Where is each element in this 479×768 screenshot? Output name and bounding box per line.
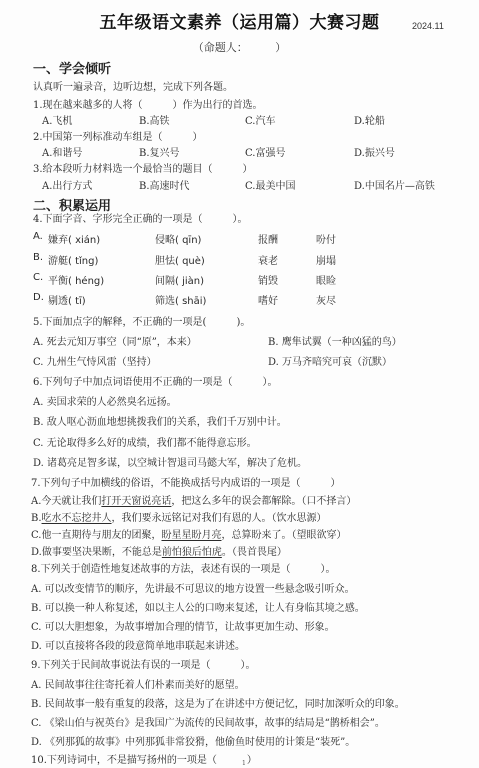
question-4-stem: 4.下面字音、字形完全正确的一项是（ ）。 bbox=[33, 210, 248, 225]
q8-option-a: A. 可以改变情节的顺序，先讲最不可思议的地方设置一些悬念吸引听众。 bbox=[31, 580, 355, 595]
q1-option-a: A.飞机 bbox=[42, 112, 72, 127]
q5-option-d: D. 万马齐喑究可哀（沉默） bbox=[268, 353, 392, 368]
q4-option-a-label: A. bbox=[33, 231, 43, 242]
question-6-stem: 6.下列句子中加点词语使用不正确的一项是（ ）。 bbox=[33, 373, 278, 388]
q9-option-a: A. 民间故事往往寄托着人们朴素而美好的愿望。 bbox=[31, 676, 245, 691]
q4-option-a-word1: 嫌弃( xián) bbox=[48, 231, 100, 246]
q6-option-a: A. 卖国求荣的人必然臭名远扬。 bbox=[33, 393, 177, 408]
q7-option-c: C.他一直期待与朋友的团聚，盼星星盼月亮，总算盼来了。（望眼欲穿） bbox=[31, 526, 346, 541]
q1-option-c: C.汽车 bbox=[245, 112, 275, 127]
q4-option-c-word3: 销毁 bbox=[258, 272, 278, 287]
q2-option-c: C.富强号 bbox=[245, 144, 285, 159]
q4-option-a-word2: 侵略( qīn) bbox=[155, 231, 201, 246]
q7-c-underlined-idiom: 盼星星盼月亮 bbox=[161, 530, 221, 541]
q1-option-d: D.轮船 bbox=[354, 112, 385, 127]
q4-option-b-word4: 崩塌 bbox=[316, 252, 336, 267]
q4-option-c-word2: 间隔( jiàn) bbox=[155, 272, 204, 287]
page-title: 五年级语文素养（运用篇）大赛习题 bbox=[0, 8, 479, 33]
q4-option-d-word2: 筛选( shāi) bbox=[155, 292, 206, 307]
q7-option-a: A.今天就让我们打开天窗说亮话，把这么多年的误会都解除。（口不择言） bbox=[31, 492, 356, 507]
question-10-stem: 10.下列诗词中，不是描写扬州的一项是（ ） bbox=[31, 751, 257, 766]
question-8-stem: 8.下列关于创造性地复述故事的方法，表述有误的一项是（ ）。 bbox=[31, 560, 336, 575]
q8-option-b: B. 可以换一种人称复述，如以主人公的口吻来复述，让人有身临其境之感。 bbox=[31, 599, 365, 614]
q4-option-c-label: C. bbox=[33, 272, 43, 283]
q4-option-d-word3: 嗜好 bbox=[258, 292, 278, 307]
q4-option-d-word4: 灰尽 bbox=[316, 292, 336, 307]
question-5-stem: 5.下面加点字的解释，不正确的一项是( )。 bbox=[33, 313, 250, 328]
q4-option-b-label: B. bbox=[33, 252, 43, 263]
q4-option-b-word1: 游艇( tǐng) bbox=[48, 252, 98, 267]
q4-option-a-word3: 报酬 bbox=[258, 231, 278, 246]
q6-option-b: B. 敌人呕心沥血地想挑拨我们的关系，我们千万别中计。 bbox=[33, 413, 287, 428]
q1-option-b: B.高铁 bbox=[139, 112, 170, 127]
q9-option-c: C. 《梁山伯与祝英台》是我国广为流传的民间故事，故事的结局是“鹊桥相会”。 bbox=[31, 714, 385, 729]
q6-option-d: D. 诸葛亮足智多谋，以空城计智退司马懿大军，解决了危机。 bbox=[33, 454, 307, 469]
q2-option-b: B.复兴号 bbox=[139, 144, 180, 159]
q7-b-suffix: ，我们要永远铭记对我们有恩的人。（饮水思源） bbox=[112, 513, 327, 524]
exam-page: 五年级语文素养（运用篇）大赛习题 2024.11 （命题人： ） 一、学会倾听 … bbox=[0, 0, 479, 768]
q7-d-suffix: 。（畏首畏尾） bbox=[222, 547, 287, 558]
question-2-stem: 2.中国第一列标准动车组是（ ） bbox=[33, 128, 203, 143]
q3-option-b: B.高速时代 bbox=[139, 177, 190, 192]
q5-option-b: B. 鹰隼试翼（一种凶猛的鸟） bbox=[268, 333, 402, 348]
q3-option-a: A.出行方式 bbox=[42, 177, 92, 192]
q3-option-d: D.中国名片—高铁 bbox=[354, 177, 435, 192]
page-number: 1 bbox=[242, 760, 246, 767]
q4-option-c-word1: 平衡( héng) bbox=[48, 272, 104, 287]
question-1-stem: 1.现在越来越多的人将（ ）作为出行的首选。 bbox=[33, 96, 263, 111]
q4-option-d-label: D. bbox=[33, 292, 44, 303]
listening-instruction: 认真听一遍录音，边听边想，完成下列各题。 bbox=[33, 78, 233, 93]
q4-option-a-word4: 吩付 bbox=[316, 231, 336, 246]
q7-option-b: B.吃水不忘挖井人，我们要永远铭记对我们有恩的人。（饮水思源） bbox=[31, 509, 327, 524]
exam-date: 2024.11 bbox=[412, 21, 444, 31]
q5-option-c: C. 九州生气恃风雷（坚持） bbox=[33, 353, 157, 368]
q2-option-d: D.振兴号 bbox=[354, 144, 395, 159]
author-line: （命题人： ） bbox=[0, 39, 479, 55]
q4-option-d-word1: 剔透( tī) bbox=[48, 292, 86, 307]
q3-option-c: C.最美中国 bbox=[245, 177, 295, 192]
question-3-stem: 3.给本段听力材料选一个最恰当的题目（ ） bbox=[33, 160, 253, 175]
q9-option-b: B. 民间故事一般有重复的段落，这是为了在讲述中方便记忆，同时加深听众的印象。 bbox=[31, 695, 405, 710]
q4-option-b-word3: 衰老 bbox=[258, 252, 278, 267]
q7-a-underlined-idiom: 打开天窗说亮话 bbox=[101, 496, 171, 507]
q9-option-d: D. 《列那狐的故事》中列那狐非常狡猾，他偷鱼时使用的计策是“装死”。 bbox=[31, 733, 355, 748]
q7-b-prefix: B. bbox=[31, 513, 42, 524]
q7-a-suffix: ，把这么多年的误会都解除。（口不择言） bbox=[171, 496, 356, 507]
question-9-stem: 9.下列关于民间故事说法有误的一项是（ ）。 bbox=[31, 656, 256, 671]
question-7-stem: 7.下列句子中加横线的俗语，不能换成括号内成语的一项是（ ） bbox=[31, 474, 341, 489]
section-heading-listening: 一、学会倾听 bbox=[33, 58, 111, 77]
q4-option-c-word4: 眼睑 bbox=[316, 272, 336, 287]
q6-option-c: C. 无论取得多么好的成绩，我们都不能得意忘形。 bbox=[33, 434, 257, 449]
q7-c-suffix: ，总算盼来了。（望眼欲穿） bbox=[221, 530, 346, 541]
q7-option-d: D.做事要坚决果断，不能总是前怕狼后怕虎。（畏首畏尾） bbox=[31, 543, 287, 558]
q7-c-prefix: C.他一直期待与朋友的团聚， bbox=[31, 530, 161, 541]
q8-option-d: D. 可以直接将各段的段意简单地串联起来讲述。 bbox=[31, 637, 245, 652]
q7-b-underlined-idiom: 吃水不忘挖井人 bbox=[42, 513, 112, 524]
q7-d-prefix: D.做事要坚决果断，不能总是 bbox=[31, 547, 162, 558]
q5-option-a: A. 死去元知万事空（同“原”，本来） bbox=[33, 333, 197, 348]
q7-d-underlined-idiom: 前怕狼后怕虎 bbox=[162, 547, 222, 558]
q2-option-a: A.和谐号 bbox=[42, 144, 82, 159]
q4-option-b-word2: 胆怯( què) bbox=[155, 252, 205, 267]
q7-a-prefix: A.今天就让我们 bbox=[31, 496, 101, 507]
q8-option-c: C. 可以大胆想象，为故事增加合理的情节，让故事更加生动、形象。 bbox=[31, 618, 335, 633]
